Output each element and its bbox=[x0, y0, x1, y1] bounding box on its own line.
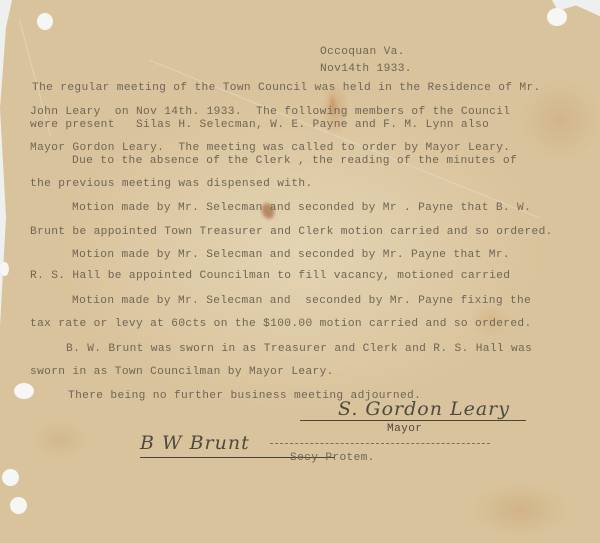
body-line-5: Due to the absence of the Clerk , the re… bbox=[72, 156, 517, 167]
body-line-12: tax rate or levy at 60cts on the $100.00… bbox=[30, 319, 532, 330]
body-line-8: Brunt be appointed Town Treasurer and Cl… bbox=[30, 227, 553, 238]
punch-hole bbox=[14, 383, 34, 399]
body-line-10: R. S. Hall be appointed Councilman to fi… bbox=[30, 271, 510, 282]
body-line-11: Motion made by Mr. Selecman and seconded… bbox=[72, 296, 531, 307]
body-line-7: Motion made by Mr. Selecman and seconded… bbox=[72, 203, 531, 214]
header-date: Nov14th 1933. bbox=[320, 64, 412, 75]
punch-hole bbox=[37, 13, 53, 30]
body-line-1: The regular meeting of the Town Council … bbox=[32, 83, 541, 94]
body-line-6: the previous meeting was dispensed with. bbox=[30, 179, 313, 190]
punch-hole bbox=[0, 262, 9, 276]
document-page: Occoquan Va. Nov14th 1933. The regular m… bbox=[0, 0, 600, 543]
clerk-title: Secy Protem. bbox=[290, 453, 375, 464]
body-line-13: B. W. Brunt was sworn in as Treasurer an… bbox=[66, 344, 532, 355]
body-line-9: Motion made by Mr. Selecman and seconded… bbox=[72, 250, 510, 261]
mayor-signature: S. Gordon Leary bbox=[338, 398, 510, 420]
body-line-3: were present Silas H. Selecman, W. E. Pa… bbox=[30, 120, 489, 131]
body-line-2: John Leary on Nov 14th. 1933. The follow… bbox=[30, 107, 510, 118]
punch-hole bbox=[2, 469, 19, 486]
clerk-signature: B W Brunt bbox=[140, 432, 250, 454]
header-place: Occoquan Va. bbox=[320, 47, 405, 58]
punch-hole bbox=[547, 8, 567, 26]
mayor-signature-line bbox=[300, 420, 526, 421]
body-line-14: sworn in as Town Councilman by Mayor Lea… bbox=[30, 367, 334, 378]
punch-hole bbox=[10, 497, 27, 514]
mayor-title: Mayor bbox=[387, 424, 422, 435]
body-line-4: Mayor Gordon Leary. The meeting was call… bbox=[30, 143, 510, 154]
dashed-line bbox=[270, 443, 490, 444]
